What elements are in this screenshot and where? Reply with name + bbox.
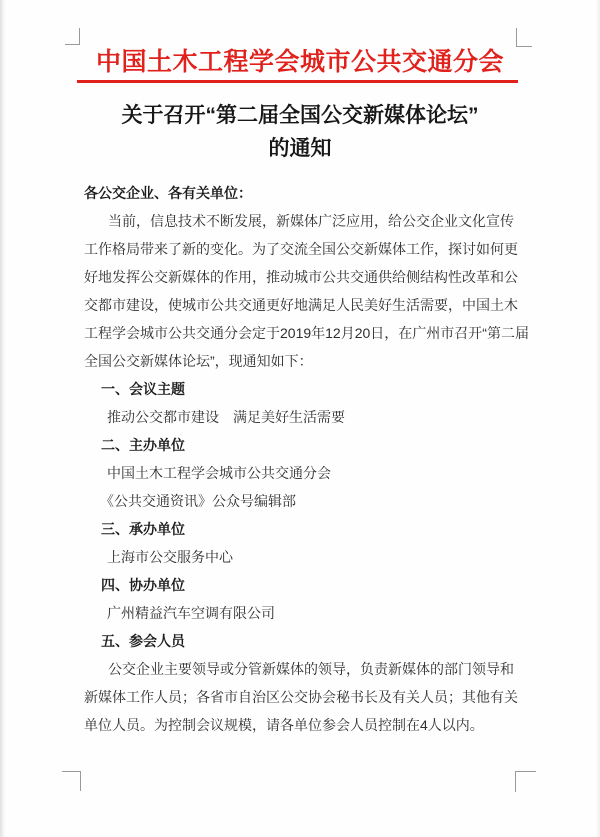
- intro-paragraph-line: 工作格局带来了新的变化。为了交流全国公交新媒体工作，探讨如何更: [84, 235, 516, 263]
- notice-title-line2: 的通知: [0, 132, 600, 165]
- attendees-paragraph-line: 单位人员。为控制会议规模，请各单位参会人员控制在4人以内。: [84, 711, 516, 739]
- intro-paragraph-line: 当前，信息技术不断发展，新媒体广泛应用，给公交企业文化宣传: [84, 207, 516, 235]
- salutation: 各公交企业、各有关单位：: [84, 179, 516, 207]
- section-heading-organizer: 三、承办单位: [84, 515, 516, 543]
- section-item-host-unit-1: 中国土木工程学会城市公共交通分会: [84, 459, 516, 487]
- section-item-host-unit-2: 《公共交通资讯》公众号编辑部: [84, 487, 516, 515]
- crop-mark-bottom-right: [515, 771, 536, 792]
- section-heading-attendees: 五、参会人员: [84, 627, 516, 655]
- section-item-meeting-theme: 推动公交都市建设 满足美好生活需要: [84, 403, 516, 431]
- section-heading-meeting-theme: 一、会议主题: [84, 375, 516, 403]
- crop-mark-bottom-left: [62, 771, 81, 791]
- document-body: 各公交企业、各有关单位： 当前，信息技术不断发展，新媒体广泛应用，给公交企业文化…: [84, 179, 516, 739]
- organization-header: 中国土木工程学会城市公共交通分会: [0, 46, 600, 78]
- header-underline: [77, 80, 518, 83]
- attendees-paragraph-line: 新媒体工作人员；各省市自治区公交协会秘书长及有关人员；其他有关: [84, 683, 516, 711]
- intro-paragraph-line: 工程学会城市公共交通分会定于2019年12月20日，在广州市召开“第二届: [84, 319, 516, 347]
- intro-paragraph-line: 交都市建设，使城市公共交通更好地满足人民美好生活需要，中国土木: [84, 291, 516, 319]
- section-heading-co-organizer: 四、协办单位: [84, 571, 516, 599]
- crop-mark-top-right: [516, 28, 532, 47]
- crop-mark-top-left: [65, 28, 80, 45]
- notice-page: 中国土木工程学会城市公共交通分会 关于召开“第二届全国公交新媒体论坛” 的通知 …: [0, 0, 600, 837]
- intro-paragraph-line: 全国公交新媒体论坛”，现通知如下：: [84, 347, 516, 375]
- section-item-organizer: 上海市公交服务中心: [84, 543, 516, 571]
- notice-title-line1: 关于召开“第二届全国公交新媒体论坛”: [0, 99, 600, 132]
- section-heading-host-units: 二、主办单位: [84, 431, 516, 459]
- attendees-paragraph-line: 公交企业主要领导或分管新媒体的领导，负责新媒体的部门领导和: [84, 655, 516, 683]
- section-item-co-organizer: 广州精益汽车空调有限公司: [84, 599, 516, 627]
- intro-paragraph-line: 好地发挥公交新媒体的作用，推动城市公共交通供给侧结构性改革和公: [84, 263, 516, 291]
- notice-title: 关于召开“第二届全国公交新媒体论坛” 的通知: [0, 99, 600, 165]
